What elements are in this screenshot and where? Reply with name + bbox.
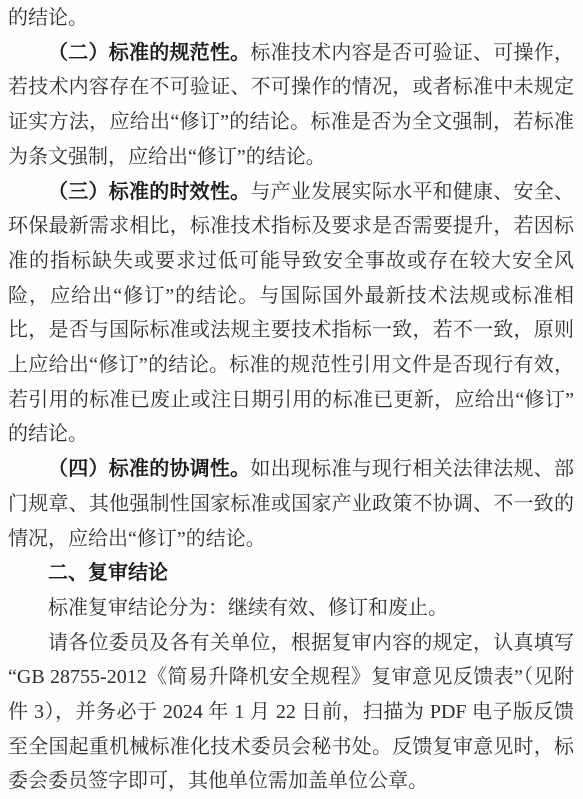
feedback-instructions-paragraph: 请各位委员及各有关单位，根据复审内容的规定，认真填写“GB 28755-2012… — [8, 626, 574, 799]
paragraph-standard-coordination: （四）标准的协调性。如出现标准与现行相关法律法规、部门规章、其他强制性国家标准或… — [8, 452, 574, 556]
paragraph-standard-normativity: （二）标准的规范性。标准技术内容是否可验证、可操作，若技术内容存在不可验证、不可… — [8, 36, 574, 175]
paragraph-lead-timeliness: （三）标准的时效性。 — [48, 181, 250, 203]
paragraph-lead-normativity: （二）标准的规范性。 — [48, 42, 250, 64]
paragraph-standard-timeliness: （三）标准的时效性。与产业发展实际水平和健康、安全、环保最新需求相比，标准技术指… — [8, 175, 574, 453]
section-heading-review-conclusion: 二、复审结论 — [8, 556, 574, 591]
conclusion-types-line: 标准复审结论分为：继续有效、修订和废止。 — [8, 591, 574, 626]
paragraph-body-timeliness: 与产业发展实际水平和健康、安全、环保最新需求相比，标准技术指标及要求是否需要提升… — [8, 181, 574, 446]
paragraph-lead-coordination: （四）标准的协调性。 — [48, 458, 250, 480]
document-page: 的结论。 （二）标准的规范性。标准技术内容是否可验证、可操作，若技术内容存在不可… — [0, 0, 583, 799]
continuation-line: 的结论。 — [8, 1, 574, 36]
